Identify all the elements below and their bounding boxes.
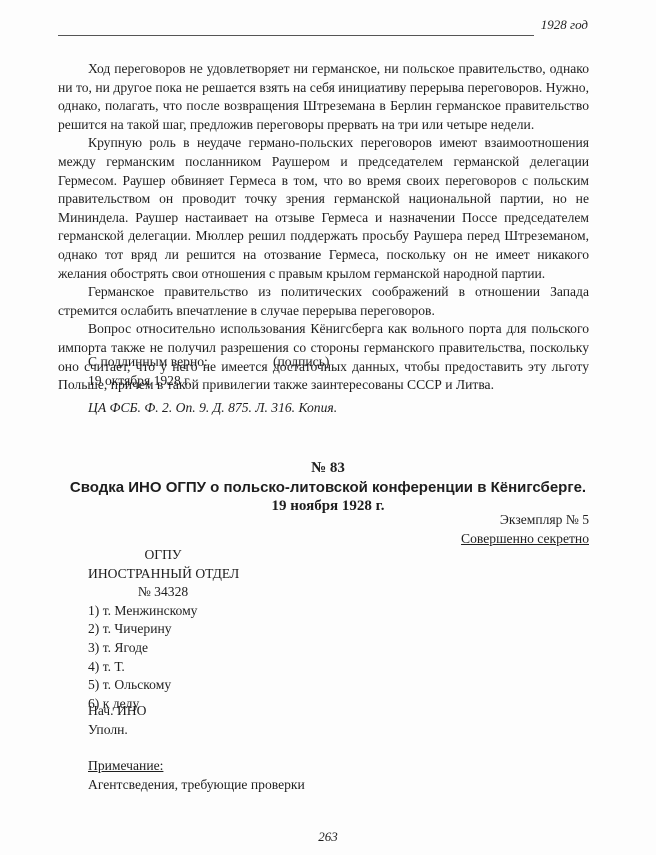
note-text: Агентсведения, требующие проверки xyxy=(88,776,305,795)
document-number: № 83 xyxy=(0,460,656,477)
paragraph: Германское правительство из политических… xyxy=(58,283,589,320)
copy-number: Экземпляр № 5 xyxy=(461,511,589,530)
chief-line: Нач. ИНО xyxy=(88,702,305,721)
distribution-item: 5) т. Ольскому xyxy=(88,676,239,695)
authorized-line: Уполн. xyxy=(88,721,305,740)
certification-date: 19 октября 1928 г. xyxy=(88,372,329,391)
page-number: 263 xyxy=(0,829,656,845)
distribution-item: 2) т. Чичерину xyxy=(88,620,239,639)
header-rule xyxy=(58,35,534,36)
note-label: Примечание: xyxy=(88,757,305,776)
classification-stamp: Совершенно секретно xyxy=(461,530,589,549)
running-head: 1928 год xyxy=(541,17,588,33)
distribution-item: 4) т. Т. xyxy=(88,658,239,677)
copy-info: Экземпляр № 5 Совершенно секретно xyxy=(461,511,589,548)
org-number: № 34328 xyxy=(88,583,238,602)
paragraph: Ход переговоров не удовлетворяет ни герм… xyxy=(58,60,589,134)
document-title: Сводка ИНО ОГПУ о польско-литовской конф… xyxy=(0,478,656,497)
paragraph: Крупную роль в неудаче германо-польских … xyxy=(58,134,589,283)
distribution-item: 3) т. Ягоде xyxy=(88,639,239,658)
certification-label: С подлинным верно: xyxy=(88,353,273,372)
body-text: Ход переговоров не удовлетворяет ни герм… xyxy=(58,60,589,395)
archive-source: ЦА ФСБ. Ф. 2. Оп. 9. Д. 875. Л. 316. Коп… xyxy=(88,400,337,416)
certification-block: С подлинным верно: (подпись) 19 октября … xyxy=(88,353,329,390)
org-block: ОГПУ ИНОСТРАННЫЙ ОТДЕЛ № 34328 1) т. Мен… xyxy=(88,546,239,713)
org-department: ИНОСТРАННЫЙ ОТДЕЛ xyxy=(88,565,239,584)
signature-placeholder: (подпись) xyxy=(273,353,329,372)
org-name: ОГПУ xyxy=(88,546,238,565)
distribution-item: 1) т. Менжинскому xyxy=(88,602,239,621)
lower-block: Нач. ИНО Уполн. Примечание: Агентсведени… xyxy=(88,702,305,794)
